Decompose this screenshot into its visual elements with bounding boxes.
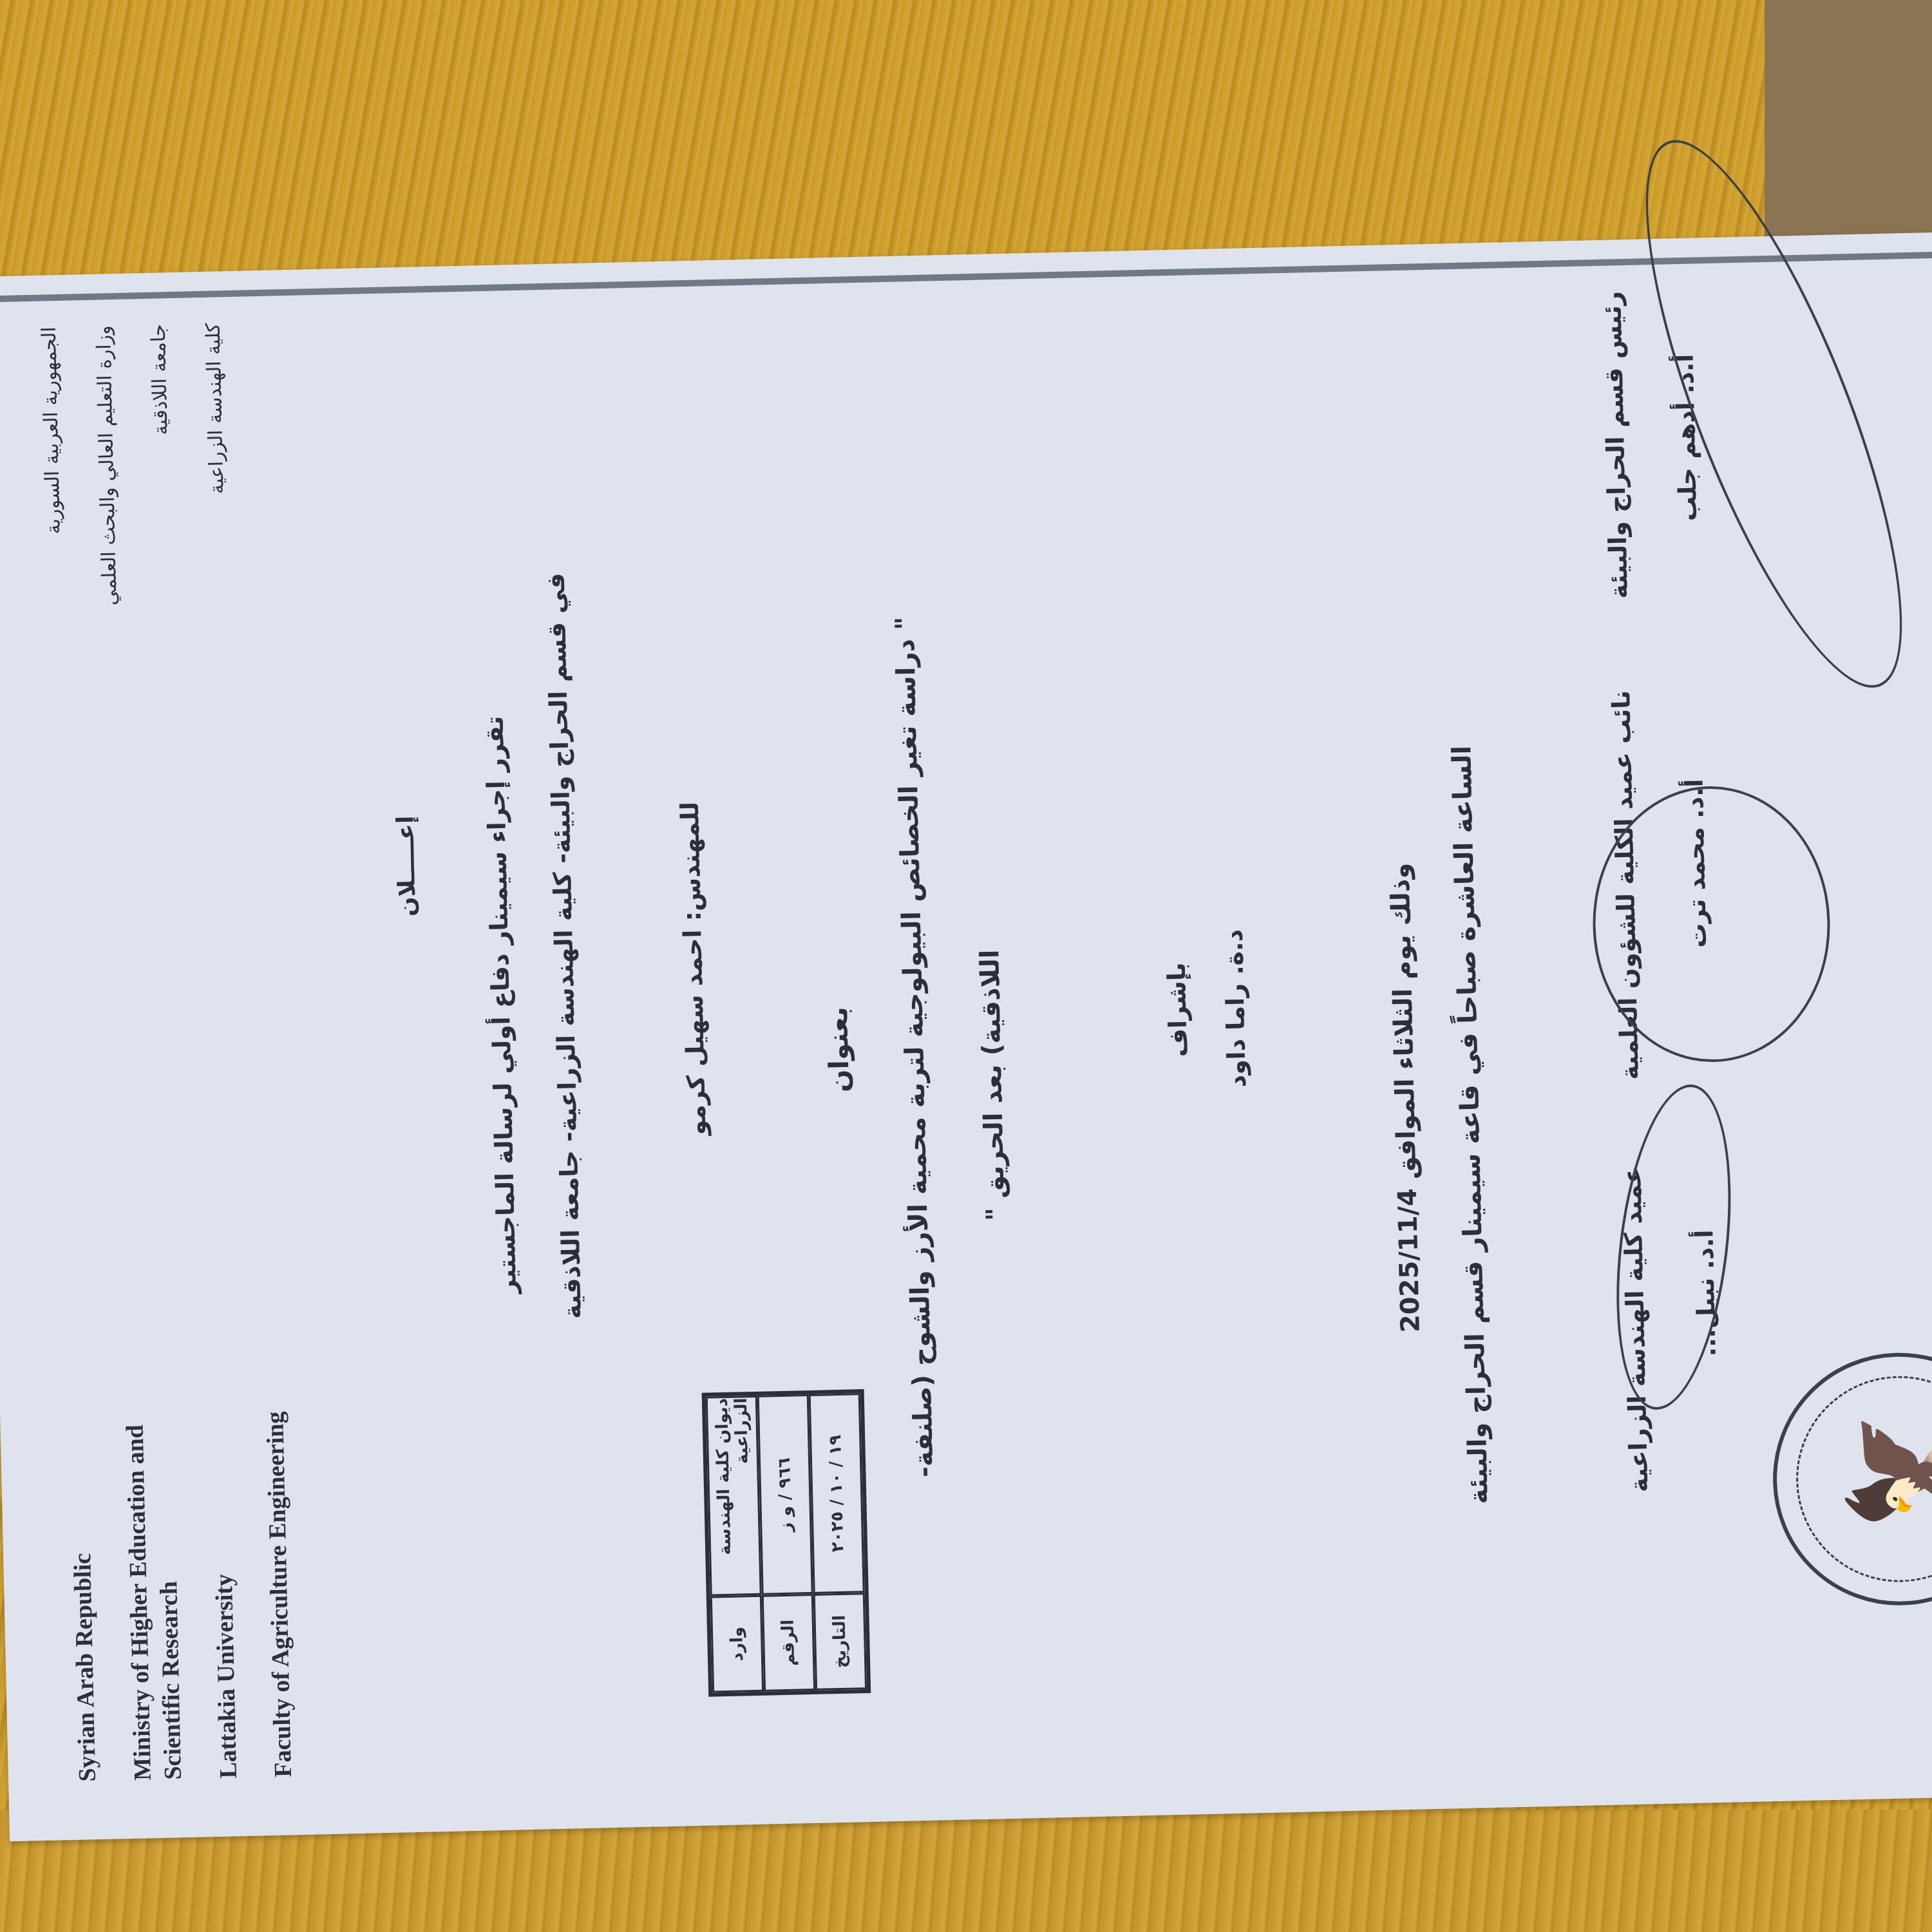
body-line-2: في قسم الحراج والبيئة- كلية الهندسة الزر… (542, 573, 587, 1320)
announcement-title: إعـــــلان (387, 576, 426, 1157)
announcement-title-text: إعـــــلان (392, 815, 421, 916)
registry-value-office: ديوان كلية الهندسة الزراعية (706, 1396, 762, 1596)
country-en: Syrian Arab Republic (64, 1416, 103, 1782)
thesis-title-line-1: " دراسة تغير الخصائص البيولوجية لتربة مح… (890, 616, 939, 1478)
registry-label-number: الرقم (762, 1594, 815, 1692)
registry-stamp: وارد ديوان كلية الهندسة الزراعية الرقم ٩… (702, 1389, 871, 1697)
engineer-line: للمهندس: احمد سهيل كرمو (676, 802, 712, 1136)
date-line: وذلك يوم الثلاثاء الموافق 2025/11/4 (1385, 862, 1426, 1332)
document-page: Syrian Arab Republic Ministry of Higher … (21, 284, 1932, 1808)
country-ar: الجمهورية العربية السورية (40, 327, 66, 607)
university-ar: جامعة اللاذقية (149, 324, 175, 604)
faculty-ar: كلية الهندسة الزراعية (204, 323, 230, 603)
supervisor-name: د.ة. راما داود (1217, 815, 1254, 1202)
document-sheet: Syrian Arab Republic Ministry of Higher … (0, 232, 1932, 1841)
time-place-line: الساعة العاشرة صباحاً في قاعة سيمينار قس… (1447, 745, 1494, 1504)
body-line-1: تقرر إجراء سيمينار دفاع أولي لرسالة الما… (480, 715, 522, 1294)
registry-value-number: ٩٦٦ / و ز (757, 1394, 813, 1595)
signatory-1-title: رئيس قسم الحراج والبيئة (1598, 291, 1633, 600)
supervision-label: بإشراف (1159, 816, 1196, 1203)
thesis-title-line-2: اللاذقية) بعد الحريق " (975, 949, 1011, 1221)
title-label: بعنوان (819, 888, 858, 1211)
university-en: Lattakia University (205, 1412, 244, 1779)
ministry-ar: وزارة التعليم العالي والبحث العلمي (95, 325, 120, 605)
registry-label-date: التاريخ (813, 1593, 867, 1690)
arabic-header: الجمهورية العربية السورية وزارة التعليم … (40, 322, 265, 607)
faculty-seal: 🦅 (1770, 1350, 1932, 1608)
eagle-emblem-icon: 🦅 (1840, 1409, 1932, 1532)
faculty-en: Faculty of Agriculture Engineering (260, 1411, 299, 1777)
registry-value-date: ١٩ / ١٠ / ٢٠٢٥ (809, 1393, 865, 1594)
registry-label-incoming: وارد (710, 1595, 764, 1693)
english-header: Syrian Arab Republic Ministry of Higher … (64, 1410, 323, 1782)
